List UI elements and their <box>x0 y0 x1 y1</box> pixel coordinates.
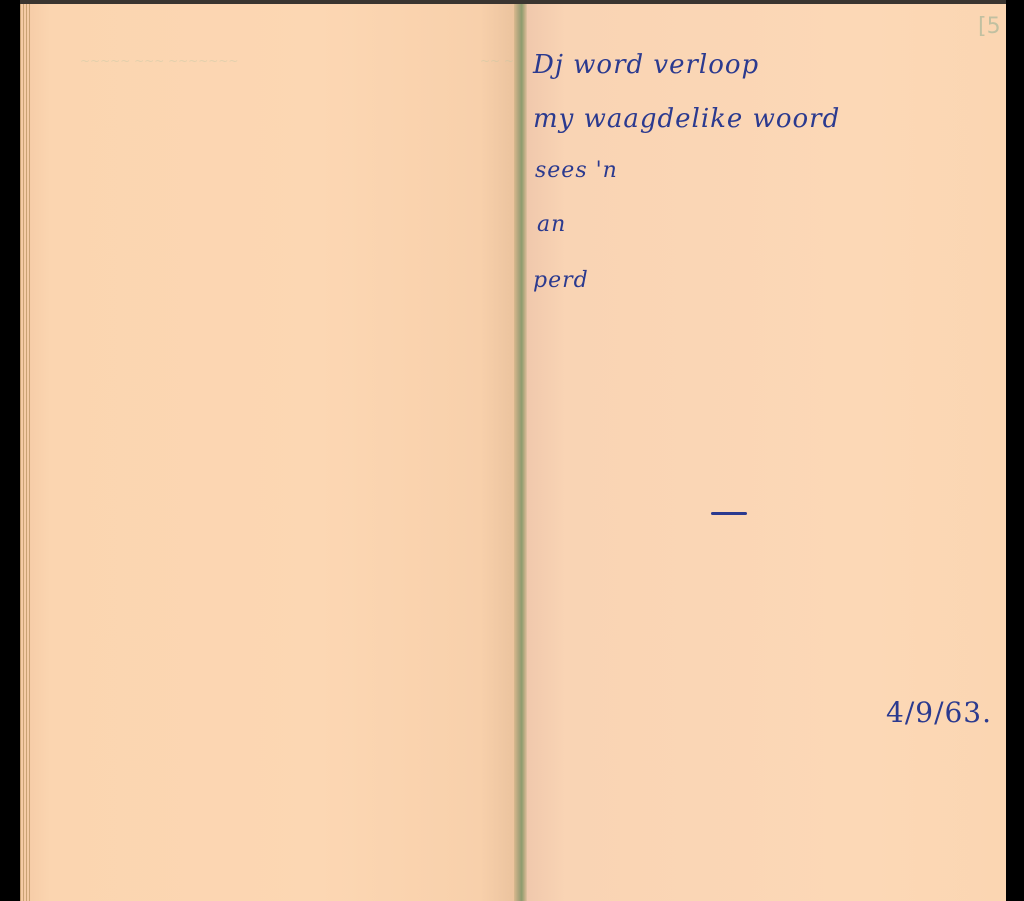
notebook-spine <box>514 4 528 901</box>
handwritten-line-2: my waagdelike woord <box>533 104 840 134</box>
right-page <box>527 4 1006 901</box>
handwritten-date: 4/9/63. <box>886 696 992 729</box>
separator-dash <box>711 512 747 515</box>
handwritten-line-3: sees 'n <box>535 158 618 183</box>
handwritten-line-1: Dj word verloop <box>533 50 759 80</box>
show-through-text: ~~~~~ ~~~ ~~~~~~~ <box>80 54 238 68</box>
handwritten-line-5: perd <box>533 268 589 293</box>
handwritten-line-4: an <box>537 212 566 237</box>
left-page: ~~~~~ ~~~ ~~~~~~~ ~~ ~~~~~ <box>20 4 520 901</box>
page-number: [5 <box>978 14 1001 39</box>
page-edges <box>20 4 30 901</box>
